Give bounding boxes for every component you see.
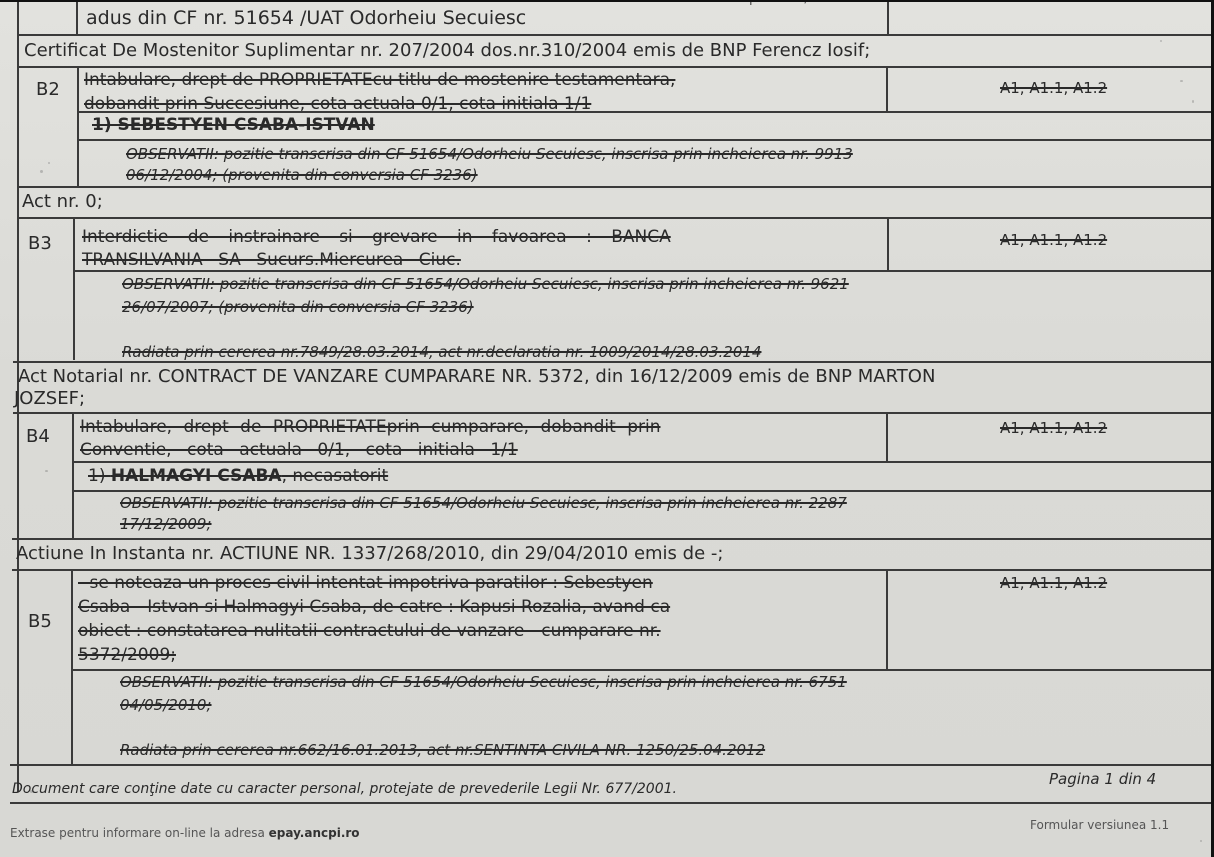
entry-b3-text-line-2: TRANSILVANIA SA Sucurs.Miercurea Ciuc. [82,250,461,270]
act-header-certificat: Certificat De Mostenitor Suplimentar nr.… [24,40,870,61]
refs-column-divider [887,217,889,272]
form-version: Formular versiunea 1.1 [1030,818,1169,832]
entry-b5-text-line-1: - se noteaza un proces civil intentat im… [78,573,653,593]
owner-index: 1) [88,466,111,486]
entry-b2-observatii-line-1: OBSERVATII: pozitie transcrisa din CF 51… [126,145,853,163]
entry-b3-observatii-line-2: 26/07/2007; (provenita din conversia CF … [122,298,474,316]
scan-speck [1192,100,1194,103]
divider [17,186,1214,188]
page-number: Pagina 1 din 4 [1049,770,1156,788]
scan-speck [30,790,33,793]
divider [77,111,1214,113]
column-divider-id [76,0,78,36]
entry-id-b4: B4 [26,426,50,447]
entry-b3-refs: A1, A1.1, A1.2 [1000,231,1107,249]
column-divider-id [72,412,74,539]
divider [72,490,1214,492]
entry-b3-radiata: Radiata prin cererea nr.7849/28.03.2014,… [122,343,761,361]
extract-prefix: Extrase pentru informare on-line la adre… [10,826,269,840]
divider [10,764,1214,766]
entry-b5-text-line-2: Csaba - Istvan si Halmagyi Csaba, de cat… [78,597,670,617]
top-fragment-line: adus din CF nr. 51654 /UAT Odorheiu Secu… [86,7,526,29]
entry-id-b3: B3 [28,233,52,254]
divider [73,270,1214,272]
scan-speck [45,470,48,472]
scan-speck [1160,40,1162,42]
entry-b5-observatii-line-2: 04/05/2010; [120,696,212,714]
divider [12,569,1214,571]
entry-b4-text-line-2: Conventie, cota actuala 0/1, cota initia… [80,440,518,460]
divider [13,412,1214,414]
owner-status: , necasatorit [282,466,389,486]
entry-b4-observatii-line-1: OBSERVATII: pozitie transcrisa din CF 51… [120,494,847,512]
entry-id-b2: B2 [36,79,60,100]
entry-b5-observatii-line-1: OBSERVATII: pozitie transcrisa din CF 51… [120,673,847,691]
scan-speck [1180,80,1183,82]
scan-edge-top [0,0,1214,2]
divider [72,461,1214,463]
act-header-act-notarial: Act Notarial nr. CONTRACT DE VANZARE CUM… [18,366,935,387]
entry-id-b5: B5 [28,611,52,632]
act-header-actiune-instanta: Actiune In Instanta nr. ACTIUNE NR. 1337… [16,543,723,564]
refs-column-divider [887,0,889,36]
entry-b4-observatii-line-2: 17/12/2009; [120,515,212,533]
entry-b5-text-line-3: obiect : constatarea nulitatii contractu… [78,621,661,641]
entry-b2-text-line-1: Intabulare, drept de PROPRIETATEcu titlu… [84,70,884,90]
divider [13,361,1214,363]
entry-b4-text-line-1: Intabulare, drept de PROPRIETATEprin cum… [80,417,661,437]
divider [12,538,1214,540]
divider [17,66,1214,68]
entry-b3-text-line-1: Interdictie de instrainare si grevare in… [82,227,884,247]
owner-name: HALMAGYI CSABA [111,466,282,486]
entry-b3-observatii-line-1: OBSERVATII: pozitie transcrisa din CF 51… [122,275,849,293]
privacy-note: Document care conţine date cu caracter p… [12,781,677,797]
divider [17,34,1214,36]
extract-site-link[interactable]: epay.ancpi.ro [269,826,360,840]
divider [77,139,1214,141]
entry-b2-owner: 1) SEBESTYEN CSABA-ISTVAN [92,115,375,135]
entry-b5-refs: A1, A1.1, A1.2 [1000,574,1107,592]
entry-b4-refs: A1, A1.1, A1.2 [1000,419,1107,437]
document-page: ... descris in partea I, adus din CF nr.… [0,0,1214,857]
refs-column-divider [886,569,888,671]
entry-b5-radiata: Radiata prin cererea nr.662/16.01.2013, … [120,741,765,759]
act-header-act-notarial-cont: JOZSEF; [14,388,85,409]
entry-b4-owner: 1) HALMAGYI CSABA, necasatorit [88,466,388,486]
scan-speck [1200,840,1202,842]
entry-b2-observatii-line-2: 06/12/2004; (provenita din conversia CF … [126,166,478,184]
column-divider-id [71,569,73,765]
extract-note: Extrase pentru informare on-line la adre… [10,826,360,840]
act-header-act-nr-0: Act nr. 0; [22,191,103,212]
column-divider-id [77,66,79,186]
refs-column-divider [886,412,888,463]
column-divider-id [73,217,75,360]
divider [71,669,1214,671]
scan-speck [48,162,50,164]
refs-column-divider [886,66,888,112]
divider [17,217,1214,219]
entry-b5-text-line-4: 5372/2009; [78,645,176,665]
entry-b2-refs: A1, A1.1, A1.2 [1000,79,1107,97]
scan-speck [40,170,43,173]
footer-divider [10,802,1214,804]
